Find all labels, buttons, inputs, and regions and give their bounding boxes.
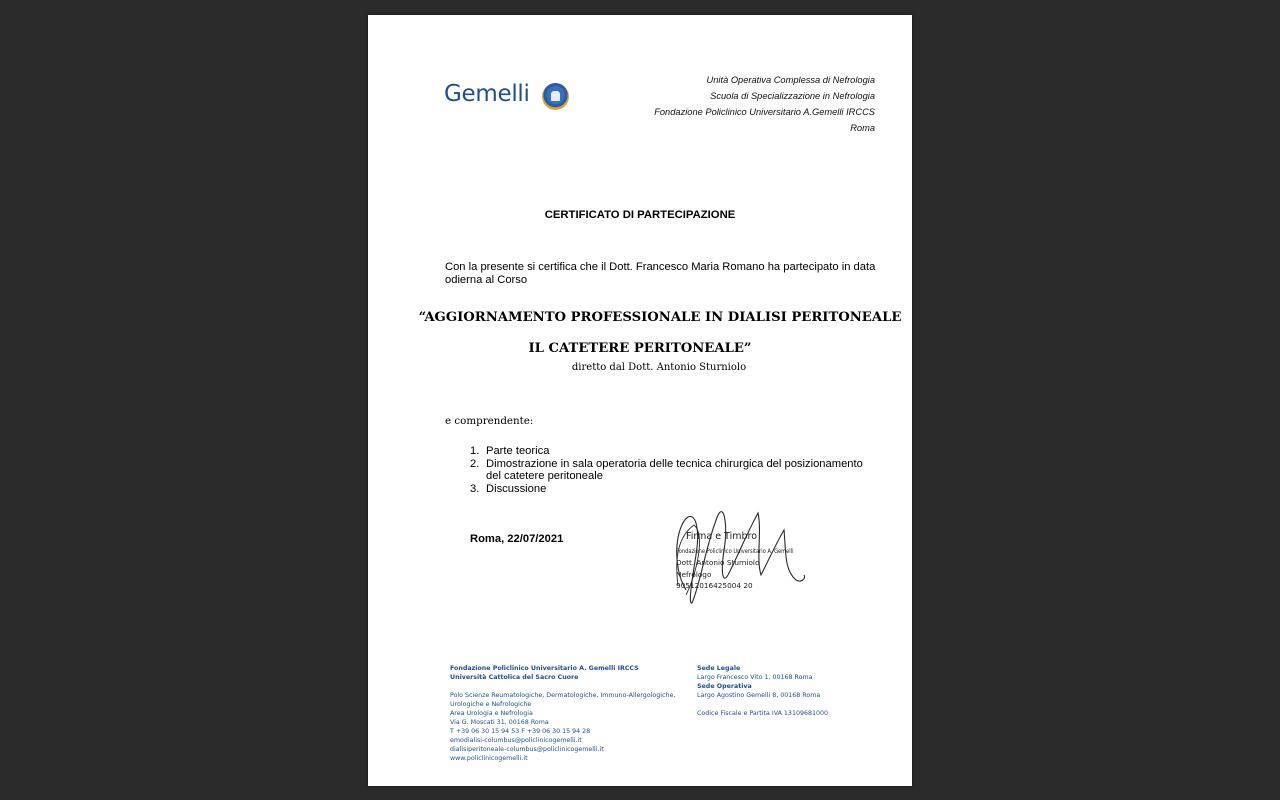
tax-code: Codice Fiscale e Partita IVA 13109681000 — [697, 709, 877, 718]
header-institution: Unità Operativa Complessa di Nefrologia … — [654, 72, 875, 136]
footer-email-link[interactable]: dialisiperitoneale-columbus@policlinicog… — [450, 745, 690, 754]
stamp-institution: Fondazione Policlinico Universitario A. … — [676, 546, 794, 558]
stamp-code: 90512016425004 20 — [676, 580, 814, 592]
stamp-name: Dott. Antonio Sturniolo — [676, 557, 814, 569]
footer-line: Area Urologia e Nefrologia — [450, 709, 690, 718]
legal-seat-address: Largo Francesco Vito 1, 00168 Roma — [697, 673, 877, 682]
header-line: Fondazione Policlinico Universitario A.G… — [654, 104, 875, 120]
legal-seat-label: Sede Legale — [697, 664, 877, 673]
operative-seat-label: Sede Operativa — [697, 682, 877, 691]
footer-email-link[interactable]: emodialisi-columbus@policlinicogemelli.i… — [450, 736, 690, 745]
header-line: Scuola di Specializzazione in Nefrologia — [654, 88, 875, 104]
university-seal-icon — [542, 83, 569, 110]
certificate-title: CERTIFICATO DI PARTECIPAZIONE — [368, 209, 912, 221]
footer-university: Università Cattolica del Sacro Cuore — [450, 673, 690, 682]
footer-line: Urologiche e Nefrologiche — [450, 700, 690, 709]
list-item: 2. Dimostrazione in sala operatoria dell… — [470, 458, 870, 483]
certificate-page: Gemelli Unità Operativa Complessa di Nef… — [368, 15, 912, 786]
list-item: 3. Discussione — [470, 483, 870, 496]
footer-left: Fondazione Policlinico Universitario A. … — [450, 664, 690, 763]
course-director: diretto dal Dott. Antonio Sturniolo — [368, 362, 912, 373]
footer-line: Polo Scienze Reumatologiche, Dermatologi… — [450, 691, 690, 700]
intro-paragraph: Con la presente si certifica che il Dott… — [445, 261, 885, 287]
course-title-line1: “AGGIORNAMENTO PROFESSIONALE IN DIALISI … — [368, 310, 912, 325]
footer-line: Via G. Moscati 31, 00168 Roma — [450, 718, 690, 727]
stamp-role: Nefrologo — [676, 569, 814, 581]
footer-right: Sede Legale Largo Francesco Vito 1, 0016… — [697, 664, 877, 718]
operative-seat-address: Largo Agostino Gemelli 8, 00168 Roma — [697, 691, 877, 700]
stamp-label: Firma e Timbro — [686, 531, 814, 543]
header-line: Roma — [654, 120, 875, 136]
footer-website-link[interactable]: www.policlinicogemelli.it — [450, 754, 690, 763]
gemelli-logo: Gemelli — [444, 81, 530, 107]
footer-org: Fondazione Policlinico Universitario A. … — [450, 664, 690, 673]
list-item: 1. Parte teorica — [470, 445, 870, 458]
footer-phone: T +39 06 30 15 94 53 F +39 06 30 15 94 2… — [450, 727, 690, 736]
course-title-line2: IL CATETERE PERITONEALE” — [368, 341, 912, 356]
includes-label: e comprendente: — [445, 415, 533, 427]
issue-date: Roma, 22/07/2021 — [470, 533, 563, 545]
signature-stamp: Firma e Timbro Fondazione Policlinico Un… — [676, 531, 814, 592]
program-list: 1. Parte teorica 2. Dimostrazione in sal… — [470, 445, 870, 496]
header-line: Unità Operativa Complessa di Nefrologia — [654, 72, 875, 88]
